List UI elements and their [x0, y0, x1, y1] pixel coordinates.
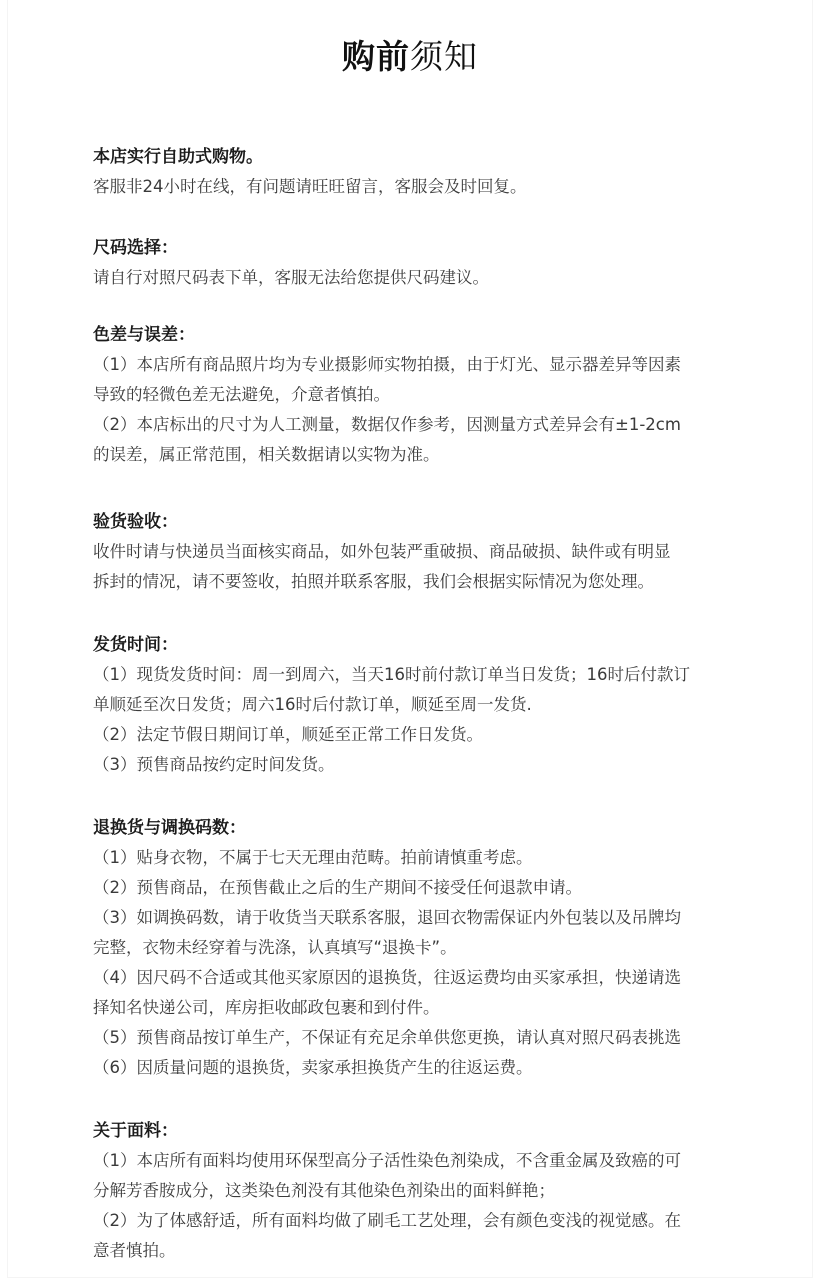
section-line: （3）如调换码数，请于收货当天联系客服，退回衣物需保证内外包装以及吊牌均 [93, 903, 753, 933]
section-line: 意者慎拍。 [93, 1236, 753, 1266]
section-line: （1）本店所有商品照片均为专业摄影师实物拍摄，由于灯光、显示器差异等因素 [93, 350, 753, 380]
section-line: （6）因质量问题的退换货，卖家承担换货产生的往返运费。 [93, 1053, 753, 1083]
section-shipping-time: 发货时间： （1）现货发货时间：周一到周六，当天16时前付款订单当日发货；16时… [93, 630, 753, 780]
section-line: 完整，衣物未经穿着与洗涤，认真填写“退换卡”。 [93, 933, 753, 963]
section-line: （1）现货发货时间：周一到周六，当天16时前付款订单当日发货；16时后付款订 [93, 660, 753, 690]
section-inspection: 验货验收： 收件时请与快递员当面核实商品，如外包装严重破损、商品破损、缺件或有明… [93, 507, 753, 597]
section-size-selection: 尺码选择： 请自行对照尺码表下单，客服无法给您提供尺码建议。 [93, 233, 753, 293]
section-line: 拆封的情况，请不要签收，拍照并联系客服，我们会根据实际情况为您处理。 [93, 567, 753, 597]
section-heading: 尺码选择： [93, 233, 753, 263]
page-title-bold: 购前 [342, 37, 410, 76]
section-line: （3）预售商品按约定时间发货。 [93, 750, 753, 780]
section-line: 单顺延至次日发货；周六16时后付款订单，顺延至周一发货. [93, 690, 753, 720]
section-heading: 退换货与调换码数： [93, 813, 753, 843]
section-heading: 发货时间： [93, 630, 753, 660]
section-line: （5）预售商品按订单生产，不保证有充足余单供您更换，请认真对照尺码表挑选 [93, 1023, 753, 1053]
section-line: （2）本店标出的尺寸为人工测量，数据仅作参考，因测量方式差异会有±1-2cm [93, 410, 753, 440]
page-title-light: 须知 [410, 37, 478, 76]
section-fabric: 关于面料： （1）本店所有面料均使用环保型高分子活性染色剂染成，不含重金属及致癌… [93, 1116, 753, 1266]
section-line: 的误差，属正常范围，相关数据请以实物为准。 [93, 440, 753, 470]
section-line: （2）预售商品，在预售截止之后的生产期间不接受任何退款申请。 [93, 873, 753, 903]
section-color-difference: 色差与误差： （1）本店所有商品照片均为专业摄影师实物拍摄，由于灯光、显示器差异… [93, 320, 753, 470]
section-line: 择知名快递公司，库房拒收邮政包裹和到付件。 [93, 993, 753, 1023]
page-title: 购前须知 [0, 34, 820, 80]
section-line: （1）本店所有面料均使用环保型高分子活性染色剂染成，不含重金属及致癌的可 [93, 1146, 753, 1176]
section-line: （4）因尺码不合适或其他买家原因的退换货，往返运费均由买家承担，快递请选 [93, 963, 753, 993]
section-line: 分解芳香胺成分，这类染色剂没有其他染色剂染出的面料鲜艳； [93, 1176, 753, 1206]
section-heading: 验货验收： [93, 507, 753, 537]
section-line: （1）贴身衣物，不属于七天无理由范畴。拍前请慎重考虑。 [93, 843, 753, 873]
section-returns-exchanges: 退换货与调换码数： （1）贴身衣物，不属于七天无理由范畴。拍前请慎重考虑。 （2… [93, 813, 753, 1083]
section-line: 导致的轻微色差无法避免，介意者慎拍。 [93, 380, 753, 410]
section-heading: 本店实行自助式购物。 [93, 142, 753, 172]
section-line: 请自行对照尺码表下单，客服无法给您提供尺码建议。 [93, 263, 753, 293]
section-heading: 色差与误差： [93, 320, 753, 350]
notice-content: 本店实行自助式购物。 客服非24小时在线，有问题请旺旺留言，客服会及时回复。 尺… [93, 142, 753, 1266]
section-line: 收件时请与快递员当面核实商品，如外包装严重破损、商品破损、缺件或有明显 [93, 537, 753, 567]
section-heading: 关于面料： [93, 1116, 753, 1146]
section-line: 客服非24小时在线，有问题请旺旺留言，客服会及时回复。 [93, 172, 753, 202]
section-line: （2）法定节假日期间订单，顺延至正常工作日发货。 [93, 720, 753, 750]
section-line: （2）为了体感舒适，所有面料均做了刷毛工艺处理，会有颜色变浅的视觉感。在 [93, 1206, 753, 1236]
section-self-service: 本店实行自助式购物。 客服非24小时在线，有问题请旺旺留言，客服会及时回复。 [93, 142, 753, 202]
